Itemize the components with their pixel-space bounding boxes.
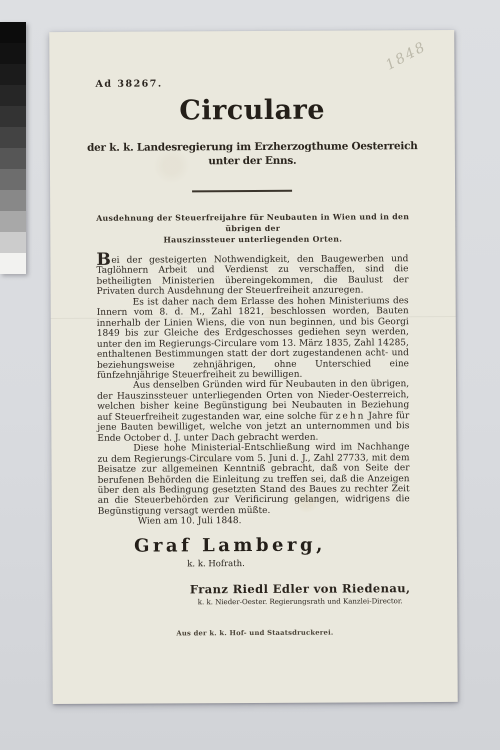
paragraph-1-text: ei der gesteigerten Nothwendigkeit, den … — [96, 254, 408, 297]
printer-imprint: Aus der k. k. Hof- und Staatsdruckerei. — [52, 628, 457, 638]
document-title: Circulare — [50, 94, 455, 127]
calibration-step — [0, 22, 26, 43]
divider-rule — [192, 190, 292, 193]
body-text: Bei der gesteigerten Nothwendigkeit, den… — [96, 254, 409, 527]
signature-title: k. k. Hofrath. — [60, 558, 372, 570]
handwritten-year-note: 1848 — [384, 39, 430, 74]
document-subtitle: der k. k. Landesregierung im Erzherzogth… — [68, 140, 437, 169]
calibration-step — [0, 232, 26, 253]
calibration-step — [0, 106, 26, 127]
countersignature-block: Franz Riedl Edler von Riedenau, k. k. Ni… — [98, 581, 410, 607]
photo-background: 1848 Ad 38267. Circulare der k. k. Lande… — [0, 0, 500, 750]
calibration-step — [0, 190, 26, 211]
calibration-step — [0, 43, 26, 64]
subject-heading: Ausdehnung der Steuerfreijahre für Neuba… — [84, 211, 421, 246]
calibration-step — [0, 127, 26, 148]
file-number: Ad 38267. — [95, 78, 162, 89]
paragraph-2: Es ist daher nach dem Erlasse des hohen … — [97, 296, 409, 381]
subject-line-2: Hauszinssteuer unterliegenden Orten. — [84, 233, 421, 246]
calibration-step — [0, 253, 26, 274]
subject-line-1: Ausdehnung der Steuerfreijahre für Neuba… — [84, 211, 421, 235]
calibration-step — [0, 85, 26, 106]
paragraph-4: Diese hohe Ministerial-Entschließung wir… — [97, 442, 409, 517]
signature-name: Graf Lamberg, — [74, 534, 386, 557]
calibration-step — [0, 169, 26, 190]
subtitle-line-2: unter der Enns. — [68, 154, 437, 169]
countersignature-name: Franz Riedl Edler von Riedenau, — [144, 581, 456, 597]
paragraph-3: Aus denselben Gründen wird für Neubauten… — [97, 380, 409, 444]
calibration-step — [0, 211, 26, 232]
paragraph-1: Bei der gesteigerten Nothwendigkeit, den… — [96, 254, 408, 297]
calibration-step — [0, 64, 26, 85]
paragraph-3-emphasis: zehn — [336, 411, 366, 421]
document-paper: 1848 Ad 38267. Circulare der k. k. Lande… — [49, 30, 458, 704]
calibration-step — [0, 148, 26, 169]
countersignature-title: k. k. Nieder-Oester. Regierungsrath und … — [144, 597, 456, 607]
dateline: Wien am 10. Juli 1848. — [98, 516, 410, 528]
grayscale-calibration-strip — [0, 22, 26, 274]
subtitle-line-1: der k. k. Landesregierung im Erzherzogth… — [68, 140, 437, 155]
signature-block: Graf Lamberg, k. k. Hofrath. — [98, 534, 410, 570]
